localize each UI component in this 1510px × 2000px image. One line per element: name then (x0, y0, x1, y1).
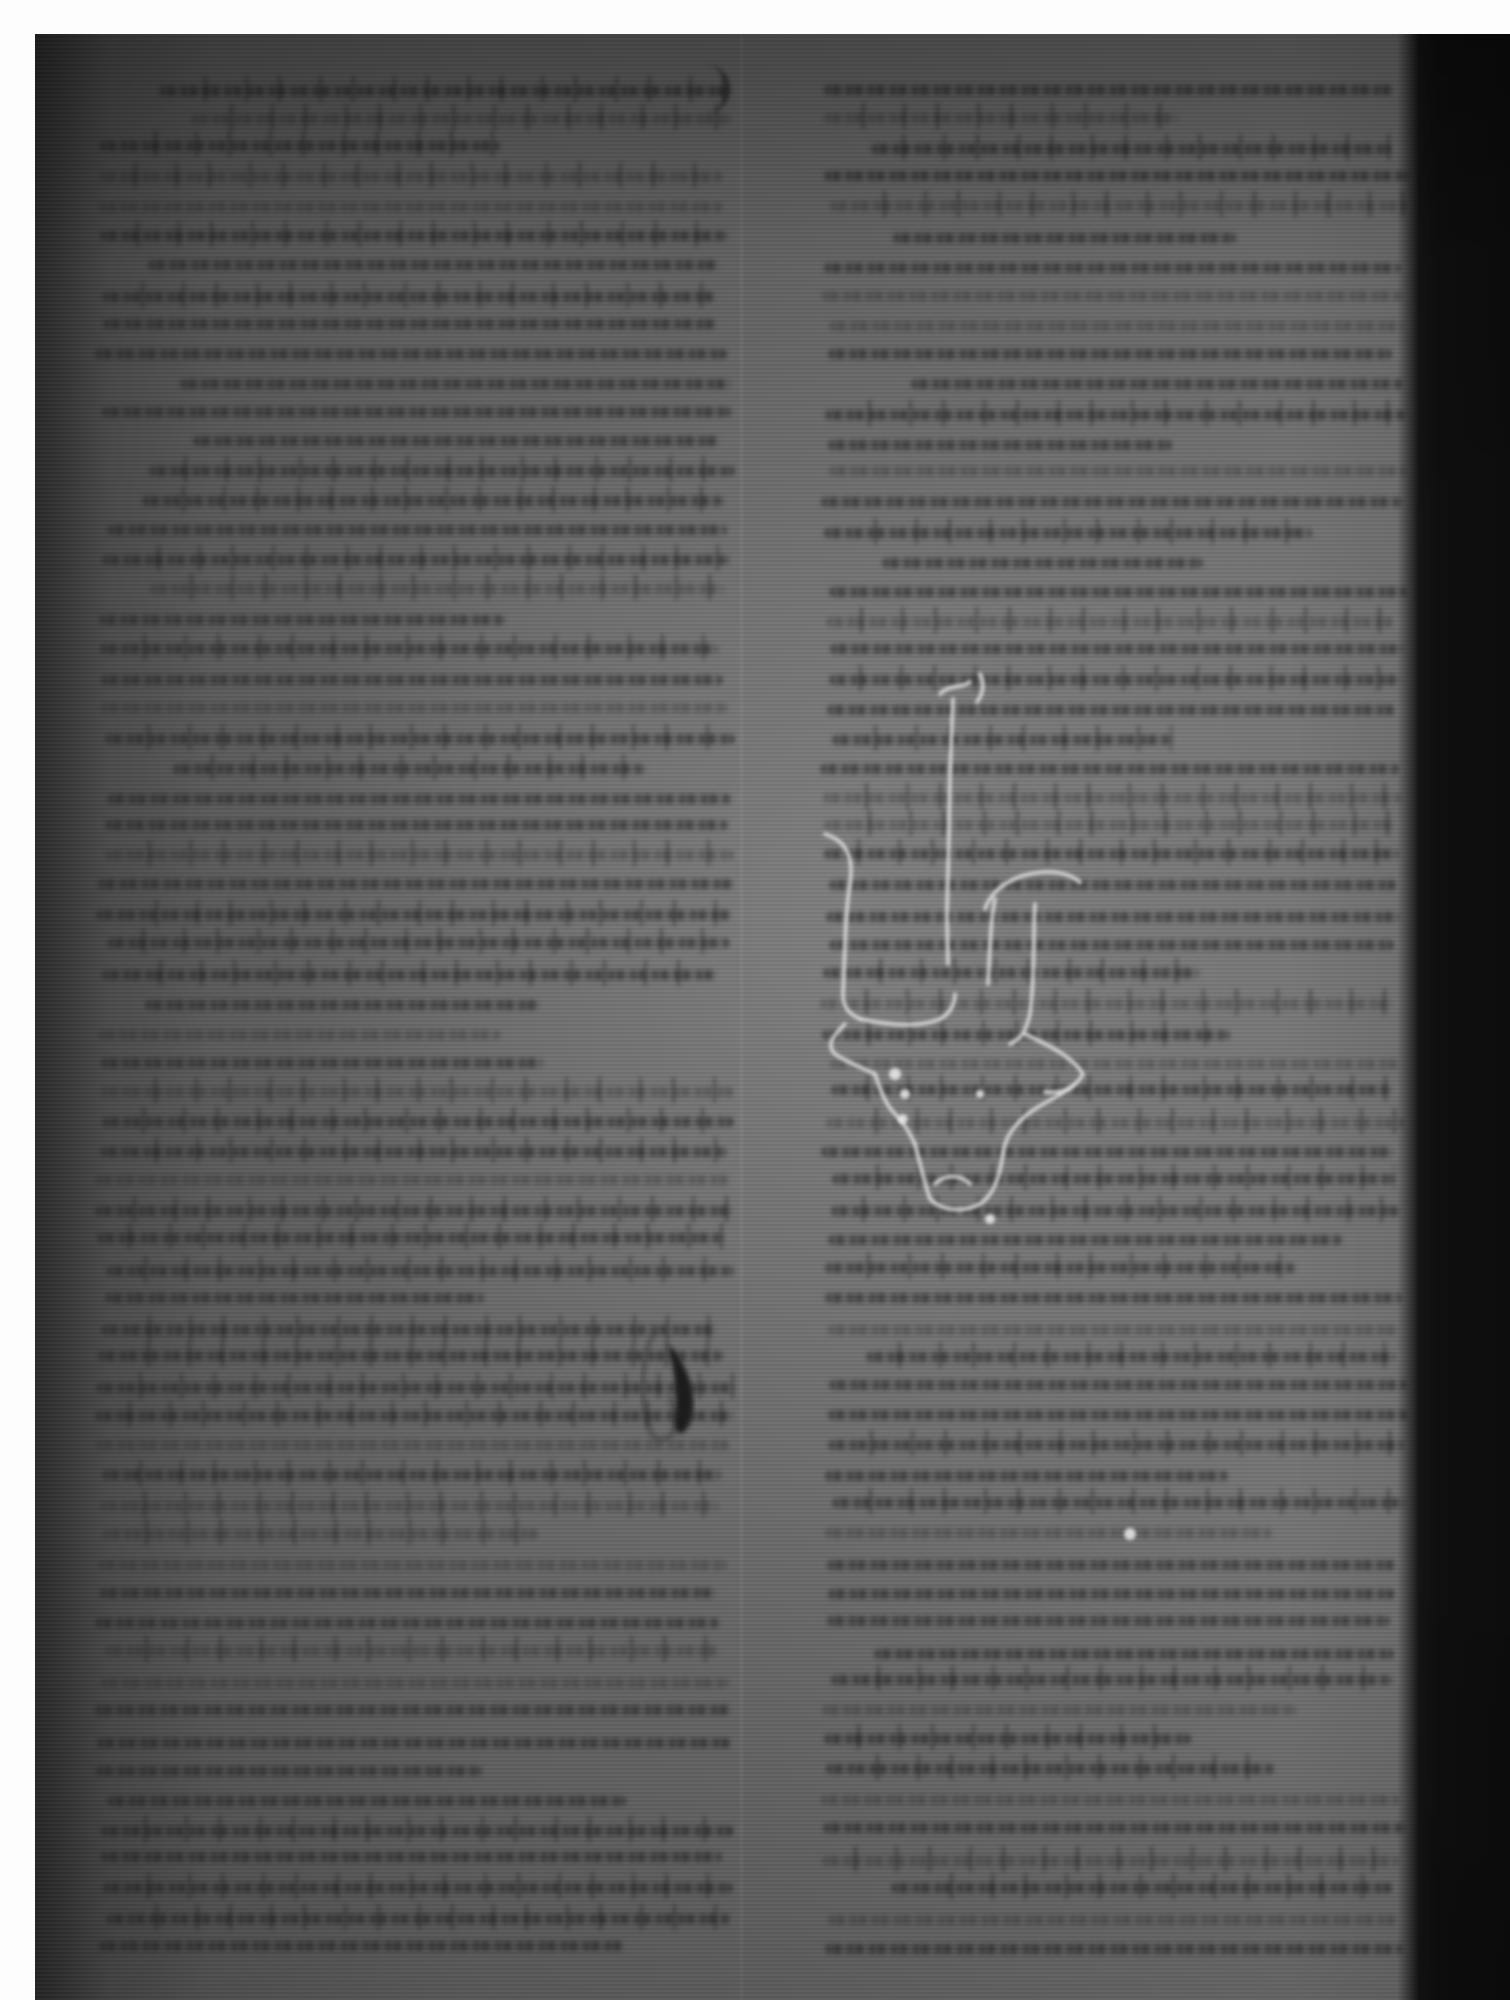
column-gutter (740, 34, 743, 2000)
script-line (98, 1030, 501, 1040)
script-ascenders (844, 725, 1172, 751)
script-ascenders (846, 1164, 1395, 1190)
script-ascenders (839, 1488, 1406, 1514)
script-ascenders (160, 574, 724, 600)
script-ascenders (111, 282, 715, 308)
script-ascenders (174, 76, 733, 102)
script-line (874, 1649, 1394, 1659)
script-ascenders (827, 1724, 1190, 1750)
script-line (830, 644, 1404, 654)
script-ascenders (824, 1846, 1400, 1872)
ink-blot (630, 1326, 705, 1446)
script-line (828, 1915, 1399, 1925)
script-line (822, 1705, 1295, 1715)
script-ascenders (109, 1460, 722, 1486)
script-ascenders (98, 1223, 723, 1249)
script-line (893, 233, 1236, 243)
script-line (829, 940, 1394, 950)
script-ascenders (114, 1256, 734, 1282)
script-ascenders (832, 1196, 1402, 1222)
script-line (828, 1235, 1344, 1245)
script-line (822, 291, 1404, 301)
script-ascenders (829, 665, 1402, 691)
script-ascenders (200, 104, 732, 130)
script-line (823, 1823, 1406, 1833)
script-ascenders (124, 131, 500, 157)
script-line (827, 705, 1396, 715)
script-line (99, 202, 723, 212)
script-line (101, 1058, 543, 1068)
script-line (825, 1293, 1402, 1303)
script-line (100, 1588, 716, 1598)
script-ascenders (847, 1665, 1392, 1691)
script-ascenders (837, 1253, 1296, 1279)
script-line (821, 1795, 1400, 1805)
script-line (830, 1059, 1402, 1069)
script-line (826, 912, 1401, 922)
script-line (829, 321, 1404, 331)
script-line (98, 879, 734, 889)
script-line (825, 1944, 1403, 1954)
script-ascenders (827, 839, 1399, 865)
script-line (820, 764, 1400, 774)
script-ascenders (845, 1108, 1406, 1134)
script-line (145, 1000, 541, 1010)
left-text-column (95, 54, 735, 2000)
script-line (827, 1560, 1397, 1570)
script-line (95, 1175, 729, 1185)
script-ascenders (112, 928, 730, 954)
script-ascenders (838, 810, 1396, 836)
script-line (97, 1738, 731, 1748)
script-line (101, 703, 728, 713)
script-line (821, 497, 1402, 507)
script-line (828, 1410, 1409, 1420)
right-text-column (820, 54, 1410, 2000)
script-ascenders (837, 1020, 1229, 1046)
script-ascenders (113, 1491, 719, 1517)
script-line (828, 349, 1392, 359)
script-ascenders (112, 1107, 735, 1133)
script-ascenders (154, 456, 735, 482)
script-line (107, 794, 733, 804)
script-ascenders (117, 724, 734, 750)
script-ascenders (124, 1077, 733, 1103)
script-line (180, 379, 731, 389)
script-ascenders (125, 1137, 727, 1163)
script-line (105, 820, 728, 830)
script-ascenders (838, 400, 1407, 426)
script-ascenders (830, 607, 1394, 633)
script-line (96, 1766, 483, 1776)
script-line (99, 1941, 623, 1951)
script-ascenders (118, 1315, 715, 1341)
script-line (829, 587, 1407, 597)
script-line (105, 1293, 485, 1303)
manuscript-scan (35, 34, 1510, 2000)
script-line (95, 1705, 731, 1715)
script-ascenders (113, 634, 718, 660)
script-line (148, 260, 719, 270)
script-line (824, 263, 1401, 273)
script-ascenders (849, 958, 1198, 984)
script-ascenders (118, 840, 734, 866)
script-ascenders (115, 1636, 718, 1662)
script-line (107, 1796, 627, 1806)
script-ascenders (129, 960, 717, 986)
script-ascenders (846, 1754, 1275, 1780)
script-ascenders (835, 989, 1392, 1015)
script-ascenders (920, 1873, 1394, 1899)
script-line (882, 558, 1204, 568)
script-ascenders (840, 1430, 1404, 1456)
script-ascenders (104, 162, 723, 188)
script-line (829, 1380, 1407, 1390)
script-line (821, 1147, 1394, 1157)
script-ascenders (125, 1904, 732, 1930)
script-ascenders (125, 900, 731, 926)
script-ascenders (152, 486, 723, 512)
script-line (825, 1471, 1229, 1481)
script-ascenders (114, 1816, 734, 1842)
script-line (824, 85, 1394, 95)
script-line (829, 466, 1406, 476)
script-line (101, 675, 723, 685)
script-ascenders (117, 1873, 734, 1899)
script-ascenders (127, 545, 729, 571)
script-line (825, 1528, 1271, 1538)
script-ascenders (103, 1196, 733, 1222)
script-ascenders (836, 1075, 1391, 1101)
script-line (95, 1618, 720, 1628)
script-line (95, 349, 726, 359)
script-ascenders (868, 1342, 1396, 1368)
script-line (911, 379, 1404, 389)
script-ascenders (181, 754, 645, 780)
script-ascenders (853, 191, 1407, 217)
script-line (107, 525, 727, 535)
script-ascenders (832, 103, 1178, 129)
script-line (828, 1589, 1395, 1599)
script-line (827, 1616, 1390, 1626)
script-ascenders (844, 518, 1312, 544)
script-line (824, 171, 1409, 181)
script-ascenders (835, 783, 1402, 809)
background-dark-band (1397, 34, 1510, 2000)
script-line (103, 319, 717, 329)
script-line (98, 1560, 727, 1570)
script-line (101, 1678, 729, 1688)
script-line (99, 615, 505, 625)
script-line (828, 1325, 1400, 1335)
script-ascenders (115, 1519, 540, 1545)
script-line (193, 436, 719, 446)
script-ascenders (872, 134, 1391, 160)
script-line (102, 407, 731, 417)
script-line (829, 880, 1397, 890)
script-ascenders (106, 221, 727, 247)
script-line (101, 1852, 722, 1862)
script-line (828, 440, 1172, 450)
